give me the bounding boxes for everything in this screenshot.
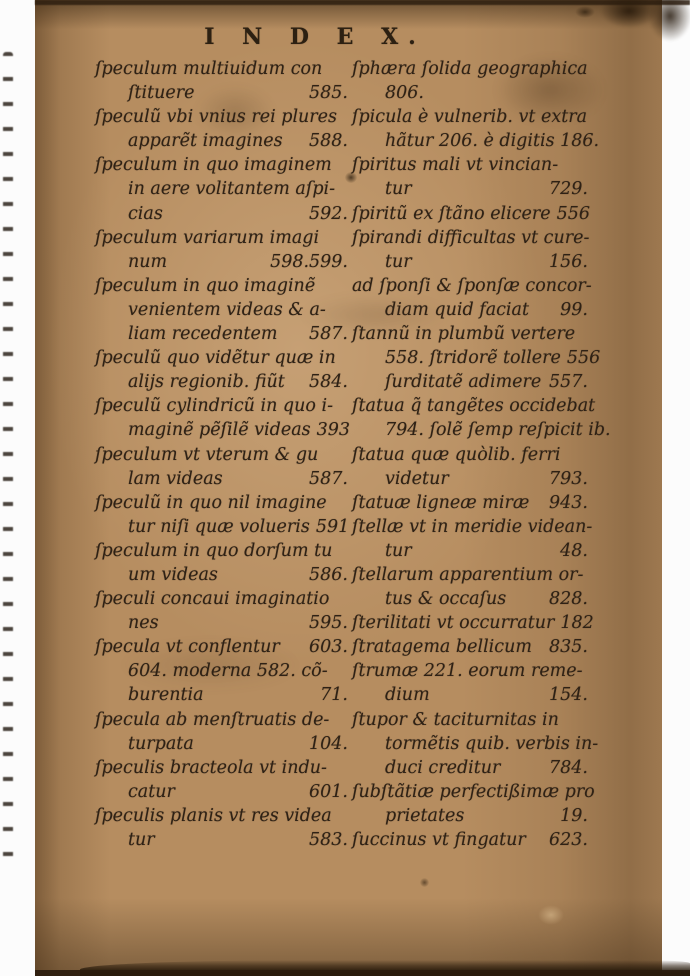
index-line: nes595.	[95, 613, 348, 637]
index-line: tur583.	[95, 830, 348, 854]
entry-page-number: 595.	[303, 613, 348, 633]
entry-text: hãtur 206. è digitis 186.	[385, 131, 599, 151]
entry-text: cias	[128, 204, 163, 224]
entry-page-number: 729.	[543, 179, 588, 199]
entry-page-number: 19.	[554, 806, 588, 826]
entry-text: 806.	[385, 83, 424, 103]
entry-text: ſpeculum in quo imaginem	[95, 155, 332, 175]
index-line: hãtur 206. è digitis 186.	[352, 131, 588, 155]
entry-page-number: 556	[551, 204, 590, 224]
entry-page-number: 623.	[543, 830, 588, 850]
entry-page-number: 104.	[303, 734, 348, 754]
entry-text: apparẽt imagines	[128, 131, 283, 151]
index-line: ſtatua quæ quòlib. ferri	[352, 445, 588, 469]
entry-text: liam recedentem	[128, 324, 277, 344]
entry-text: ſtupor & taciturnitas in	[352, 710, 559, 730]
index-line: tus & occaſus828.	[352, 589, 588, 613]
entry-text: burentia	[128, 685, 204, 705]
index-line: tur niſi quæ volueris591	[95, 517, 348, 541]
index-line: 604. moderna 582. cõ-	[95, 661, 348, 685]
entry-text: 794. ſolẽ ſemp reſpicit ib.	[385, 420, 611, 440]
entry-text: ſpeculũ quo vidẽtur quæ in	[95, 348, 336, 368]
index-line: ſterilitati vt occurratur182	[352, 613, 588, 637]
entry-page-number: 99.	[554, 300, 588, 320]
gutter-page-edge-marks	[3, 52, 13, 864]
index-line: ſpeculũ vbi vnius rei plures	[95, 107, 348, 131]
page-bottom-edge	[35, 970, 690, 976]
book-page-scan: I N D E X. ſpeculum multiuidum conſtitue…	[0, 0, 690, 976]
entry-page-number: 598.599.	[264, 252, 348, 272]
entry-text: ſpeculi concaui imaginatio	[95, 589, 329, 609]
index-line: um videas586.	[95, 565, 348, 589]
entry-text: num	[128, 252, 167, 272]
index-line: catur601.	[95, 782, 348, 806]
page-top-edge	[35, 0, 690, 5]
page-title: I N D E X.	[95, 24, 535, 50]
entry-text: ſpeculum multiuidum con	[95, 59, 322, 79]
entry-text: ſpeculum in quo dorſum tu	[95, 541, 332, 561]
entry-text: prietates	[385, 806, 464, 826]
index-line: ad ſponſi & ſponſæ concor-	[352, 276, 588, 300]
index-line: ſtupor & taciturnitas in	[352, 710, 588, 734]
index-line: ſpeculũ quo vidẽtur quæ in	[95, 348, 348, 372]
index-line: ſtatua q̃ tangẽtes occidebat	[352, 396, 588, 420]
entry-page-number: 556	[561, 348, 600, 368]
entry-page-number: 583.	[303, 830, 348, 850]
entry-text: ſtatuæ ligneæ miræ	[352, 493, 529, 513]
entry-text: duci creditur	[385, 758, 500, 778]
entry-text: nes	[128, 613, 159, 633]
index-line: ſtatuæ ligneæ miræ943.	[352, 493, 588, 517]
index-line: ſtannũ in plumbũ vertere	[352, 324, 588, 348]
entry-text: 604. moderna 582. cõ-	[128, 661, 328, 681]
entry-page-number: 835.	[543, 637, 588, 657]
index-line: dium154.	[352, 685, 588, 709]
entry-text: videtur	[385, 469, 449, 489]
index-line: turpata104.	[95, 734, 348, 758]
entry-text: ſtrumæ 221. eorum reme-	[352, 661, 583, 681]
index-line: ſpecula ab menſtruatis de-	[95, 710, 348, 734]
index-line: ſtituere585.	[95, 83, 348, 107]
entry-text: ſtituere	[128, 83, 195, 103]
index-line: ſurditatẽ adimere557.	[352, 372, 588, 396]
index-line: ſpirandi difficultas vt cure-	[352, 228, 588, 252]
entry-text: ſpirandi difficultas vt cure-	[352, 228, 589, 248]
entry-page-number: 586.	[303, 565, 348, 585]
entry-text: tur	[385, 179, 412, 199]
index-line: burentia71.	[95, 685, 348, 709]
index-line: 806.	[352, 83, 588, 107]
entry-text: lam videas	[128, 469, 223, 489]
index-column-right: ſphæra ſolida geographica806.ſpicula è v…	[352, 59, 588, 854]
index-column-left: ſpeculum multiuidum conſtituere585.ſpecu…	[95, 59, 348, 854]
entry-text: turpata	[128, 734, 194, 754]
entry-text: ſtatua quæ quòlib. ferri	[352, 445, 560, 465]
entry-text: um videas	[128, 565, 218, 585]
entry-text: ſpiritus mali vt vincian-	[352, 155, 558, 175]
index-line: ſtellarum apparentium or-	[352, 565, 588, 589]
index-line: ſpicula è vulnerib. vt extra	[352, 107, 588, 131]
entry-text: ſpicula è vulnerib. vt extra	[352, 107, 587, 127]
entry-text: tur	[385, 252, 412, 272]
entry-page-number: 592.	[303, 204, 348, 224]
index-line: 794. ſolẽ ſemp reſpicit ib.	[352, 420, 588, 444]
entry-page-number: 585.	[303, 83, 348, 103]
entry-text: dium	[385, 685, 430, 705]
index-line: ſpeculis planis vt res videa	[95, 806, 348, 830]
index-line: ſpeculis bracteola vt indu-	[95, 758, 348, 782]
index-line: ſuccinus vt fingatur623.	[352, 830, 588, 854]
index-line: ſpeculum vt vterum & gu	[95, 445, 348, 469]
entry-text: ſpeculũ cylindricũ in quo i-	[95, 396, 333, 416]
entry-page-number: 793.	[543, 469, 588, 489]
entry-text: ſtellæ vt in meridie videan-	[352, 517, 592, 537]
entry-page-number: 557.	[543, 372, 588, 392]
index-line: ſpeculum variarum imagi	[95, 228, 348, 252]
entry-page-number: 587.	[303, 469, 348, 489]
entry-text: ſpecula ab menſtruatis de-	[95, 710, 329, 730]
index-line: ſpeculum in quo imaginẽ	[95, 276, 348, 300]
entry-page-number: 588.	[303, 131, 348, 151]
entry-text: ſubſtãtiæ perfectißimæ pro	[352, 782, 595, 802]
index-line: videtur793.	[352, 469, 588, 493]
entry-text: tur	[385, 541, 412, 561]
entry-text: ſpiritũ ex ſtãno elicere	[352, 204, 551, 224]
index-line: ſphæra ſolida geographica	[352, 59, 588, 83]
entry-page-number: 591	[310, 517, 349, 537]
entry-text: tormẽtis quib. verbis in-	[385, 734, 598, 754]
index-line: tur156.	[352, 252, 588, 276]
entry-text: ſpecula vt conflentur	[95, 637, 280, 657]
index-line: ſpeculum multiuidum con	[95, 59, 348, 83]
entry-text: ſpeculum vt vterum & gu	[95, 445, 318, 465]
index-line: 558. ſtridorẽ tollere556	[352, 348, 588, 372]
index-line: tormẽtis quib. verbis in-	[352, 734, 588, 758]
entry-text: catur	[128, 782, 175, 802]
index-line: diam quid faciat99.	[352, 300, 588, 324]
index-line: duci creditur784.	[352, 758, 588, 782]
index-line: ſtratagema bellicum835.	[352, 637, 588, 661]
index-line: lam videas587.	[95, 469, 348, 493]
index-line: prietates19.	[352, 806, 588, 830]
index-line: ſpecula vt conflentur603.	[95, 637, 348, 661]
entry-page-number: 584.	[303, 372, 348, 392]
entry-text: alijs regionib. fiũt	[128, 372, 285, 392]
entry-text: ad ſponſi & ſponſæ concor-	[352, 276, 592, 296]
entry-text: ſpeculum in quo imaginẽ	[95, 276, 315, 296]
entry-text: diam quid faciat	[385, 300, 529, 320]
index-line: liam recedentem587.	[95, 324, 348, 348]
index-line: tur48.	[352, 541, 588, 565]
index-line: ſpeculum in quo dorſum tu	[95, 541, 348, 565]
index-line: maginẽ pẽſilẽ videas393	[95, 420, 348, 444]
index-line: ſpeculi concaui imaginatio	[95, 589, 348, 613]
entry-page-number: 943.	[543, 493, 588, 513]
entry-text: in aere volitantem aſpi-	[128, 179, 335, 199]
entry-page-number: 393	[311, 420, 350, 440]
index-line: ſubſtãtiæ perfectißimæ pro	[352, 782, 588, 806]
index-line: ſpeculũ in quo nil imagine	[95, 493, 348, 517]
index-line: ſpeculũ cylindricũ in quo i-	[95, 396, 348, 420]
entry-text: venientem videas & a-	[128, 300, 326, 320]
entry-text: tur	[128, 830, 155, 850]
entry-page-number: 603.	[303, 637, 348, 657]
entry-text: ſtannũ in plumbũ vertere	[352, 324, 575, 344]
index-line: tur729.	[352, 179, 588, 203]
entry-page-number: 182	[554, 613, 593, 633]
entry-text: ſpeculum variarum imagi	[95, 228, 319, 248]
entry-page-number: 828.	[543, 589, 588, 609]
entry-page-number: 156.	[543, 252, 588, 272]
entry-text: ſpeculũ vbi vnius rei plures	[95, 107, 337, 127]
index-line: ſtrumæ 221. eorum reme-	[352, 661, 588, 685]
index-line: ſpiritũ ex ſtãno elicere556	[352, 204, 588, 228]
entry-text: ſphæra ſolida geographica	[352, 59, 588, 79]
index-line: venientem videas & a-	[95, 300, 348, 324]
index-line: ſpeculum in quo imaginem	[95, 155, 348, 179]
entry-text: ſtatua q̃ tangẽtes occidebat	[352, 396, 595, 416]
entry-text: ſuccinus vt fingatur	[352, 830, 526, 850]
entry-text: 558. ſtridorẽ tollere	[385, 348, 561, 368]
index-line: ſtellæ vt in meridie videan-	[352, 517, 588, 541]
entry-text: ſpeculis bracteola vt indu-	[95, 758, 327, 778]
entry-page-number: 48.	[554, 541, 588, 561]
index-line: cias592.	[95, 204, 348, 228]
entry-text: tus & occaſus	[385, 589, 506, 609]
index-line: alijs regionib. fiũt584.	[95, 372, 348, 396]
index-line: in aere volitantem aſpi-	[95, 179, 348, 203]
entry-text: ſtellarum apparentium or-	[352, 565, 583, 585]
entry-page-number: 71.	[314, 685, 348, 705]
entry-page-number: 154.	[543, 685, 588, 705]
entry-text: ſpeculũ in quo nil imagine	[95, 493, 327, 513]
entry-text: tur niſi quæ volueris	[128, 517, 310, 537]
entry-text: ſpeculis planis vt res videa	[95, 806, 332, 826]
entry-page-number: 601.	[303, 782, 348, 802]
entry-page-number: 784.	[543, 758, 588, 778]
entry-text: maginẽ pẽſilẽ videas	[128, 420, 311, 440]
entry-page-number: 587.	[303, 324, 348, 344]
index-line: num598.599.	[95, 252, 348, 276]
entry-text: ſurditatẽ adimere	[385, 372, 541, 392]
entry-text: ſtratagema bellicum	[352, 637, 532, 657]
index-line: ſpiritus mali vt vincian-	[352, 155, 588, 179]
index-line: apparẽt imagines588.	[95, 131, 348, 155]
entry-text: ſterilitati vt occurratur	[352, 613, 554, 633]
